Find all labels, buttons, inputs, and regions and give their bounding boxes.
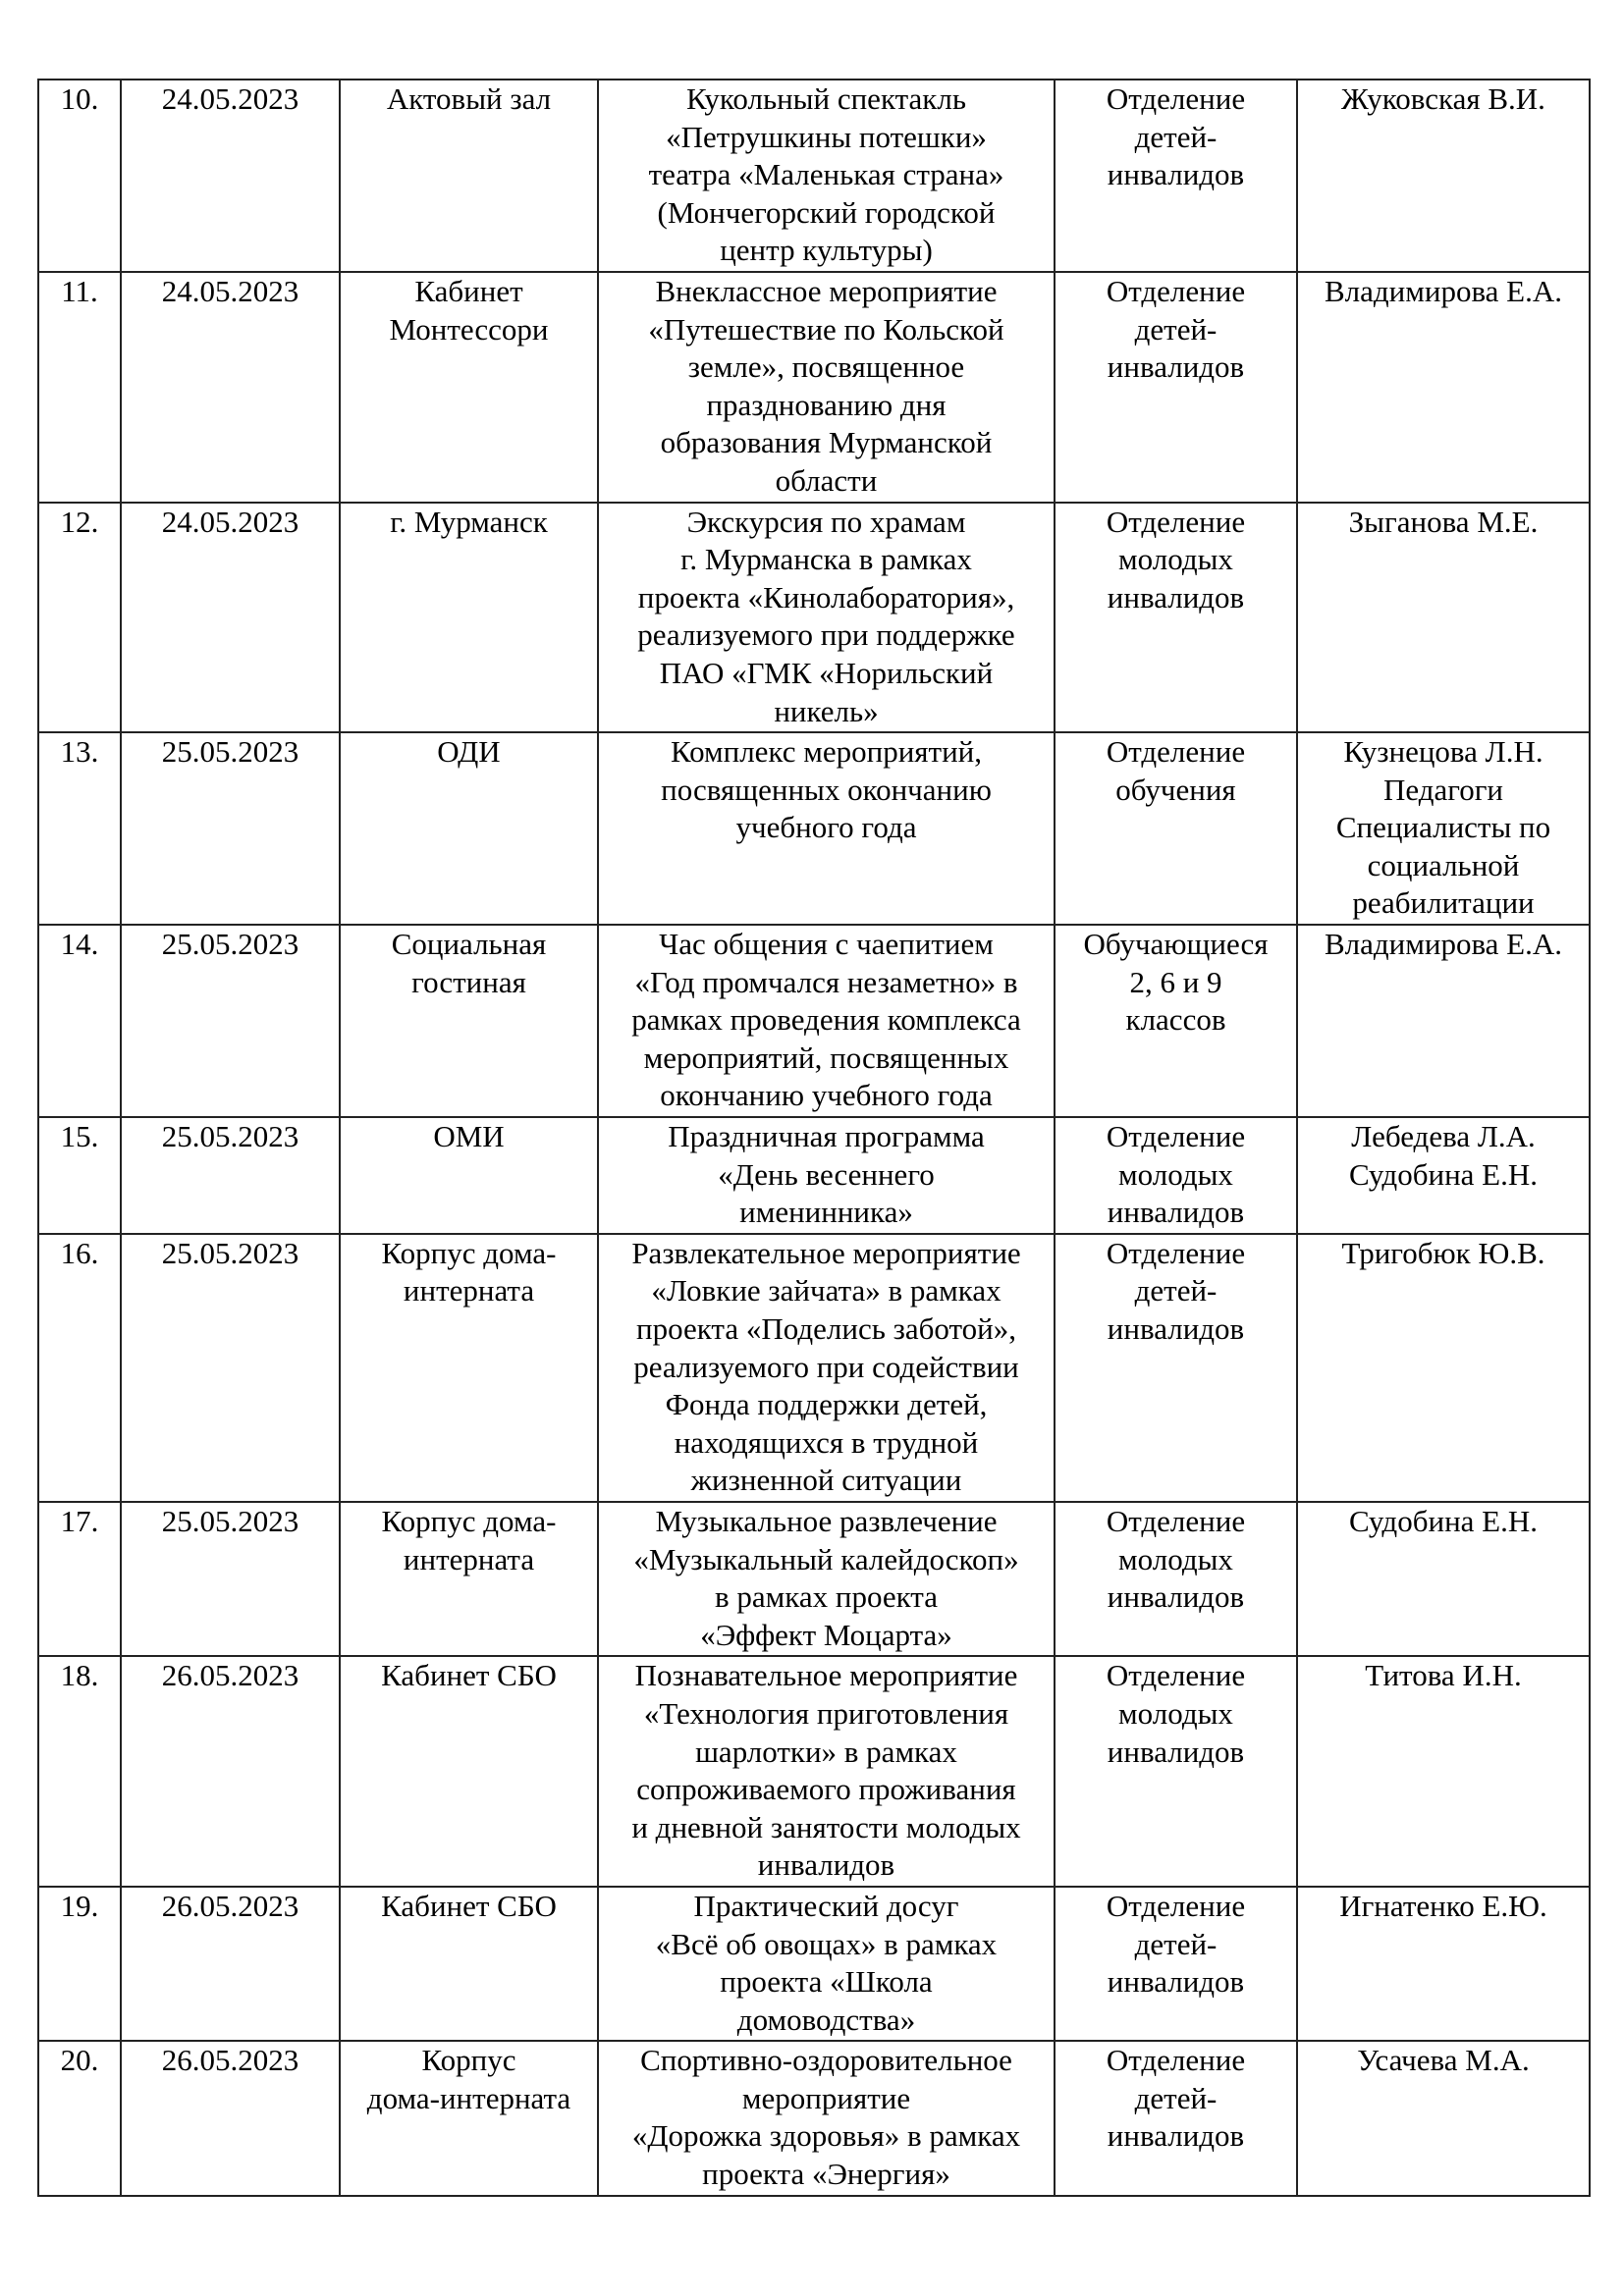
event-participants: Отделение молодых инвалидов	[1055, 503, 1297, 733]
event-date: 25.05.2023	[121, 1234, 340, 1502]
table-row: 11. 24.05.2023 Кабинет Монтессори Внекла…	[38, 272, 1590, 503]
event-date: 24.05.2023	[121, 80, 340, 272]
event-location: Социальная гостиная	[340, 925, 598, 1117]
table-row: 18. 26.05.2023 Кабинет СБО Познавательно…	[38, 1656, 1590, 1887]
event-location: Кабинет СБО	[340, 1656, 598, 1887]
table-row: 19. 26.05.2023 Кабинет СБО Практический …	[38, 1887, 1590, 2041]
event-responsible: Судобина Е.Н.	[1297, 1502, 1590, 1656]
event-description: Развлекательное мероприятие «Ловкие зайч…	[598, 1234, 1055, 1502]
event-responsible: Кузнецова Л.Н. Педагоги Специалисты по с…	[1297, 732, 1590, 925]
event-responsible: Тригобюк Ю.В.	[1297, 1234, 1590, 1502]
event-description: Спортивно-оздоровительное мероприятие «Д…	[598, 2041, 1055, 2195]
event-location: Корпус дома- интерната	[340, 1502, 598, 1656]
event-location: Корпус дома-интерната	[340, 2041, 598, 2195]
event-location: ОМИ	[340, 1117, 598, 1234]
event-date: 25.05.2023	[121, 1502, 340, 1656]
event-date: 26.05.2023	[121, 1656, 340, 1887]
event-participants: Отделение молодых инвалидов	[1055, 1117, 1297, 1234]
row-number: 13.	[38, 732, 121, 925]
event-participants: Отделение молодых инвалидов	[1055, 1656, 1297, 1887]
event-location: Кабинет Монтессори	[340, 272, 598, 503]
table-row: 13. 25.05.2023 ОДИ Комплекс мероприятий,…	[38, 732, 1590, 925]
event-date: 26.05.2023	[121, 1887, 340, 2041]
event-description: Экскурсия по храмам г. Мурманска в рамка…	[598, 503, 1055, 733]
event-date: 25.05.2023	[121, 732, 340, 925]
event-responsible: Лебедева Л.А. Судобина Е.Н.	[1297, 1117, 1590, 1234]
event-description: Комплекс мероприятий, посвященных оконча…	[598, 732, 1055, 925]
event-date: 24.05.2023	[121, 272, 340, 503]
table-row: 20. 26.05.2023 Корпус дома-интерната Спо…	[38, 2041, 1590, 2195]
event-description: Практический досуг «Всё об овощах» в рам…	[598, 1887, 1055, 2041]
event-responsible: Владимирова Е.А.	[1297, 925, 1590, 1117]
table-row: 15. 25.05.2023 ОМИ Праздничная программа…	[38, 1117, 1590, 1234]
row-number: 15.	[38, 1117, 121, 1234]
event-participants: Отделение детей- инвалидов	[1055, 272, 1297, 503]
table-row: 12. 24.05.2023 г. Мурманск Экскурсия по …	[38, 503, 1590, 733]
event-participants: Отделение детей- инвалидов	[1055, 1234, 1297, 1502]
event-description: Познавательное мероприятие «Технология п…	[598, 1656, 1055, 1887]
event-responsible: Зыганова М.Е.	[1297, 503, 1590, 733]
events-table-body: 10. 24.05.2023 Актовый зал Кукольный спе…	[38, 80, 1590, 2196]
event-description: Праздничная программа «День весеннего им…	[598, 1117, 1055, 1234]
row-number: 10.	[38, 80, 121, 272]
event-location: г. Мурманск	[340, 503, 598, 733]
row-number: 11.	[38, 272, 121, 503]
event-date: 25.05.2023	[121, 1117, 340, 1234]
row-number: 20.	[38, 2041, 121, 2195]
event-participants: Отделение детей- инвалидов	[1055, 80, 1297, 272]
table-row: 14. 25.05.2023 Социальная гостиная Час о…	[38, 925, 1590, 1117]
event-participants: Отделение молодых инвалидов	[1055, 1502, 1297, 1656]
event-date: 24.05.2023	[121, 503, 340, 733]
event-participants: Обучающиеся 2, 6 и 9 классов	[1055, 925, 1297, 1117]
row-number: 12.	[38, 503, 121, 733]
table-row: 16. 25.05.2023 Корпус дома- интерната Ра…	[38, 1234, 1590, 1502]
event-participants: Отделение детей- инвалидов	[1055, 1887, 1297, 2041]
event-location: ОДИ	[340, 732, 598, 925]
row-number: 18.	[38, 1656, 121, 1887]
event-description: Час общения с чаепитием «Год промчался н…	[598, 925, 1055, 1117]
event-date: 25.05.2023	[121, 925, 340, 1117]
row-number: 17.	[38, 1502, 121, 1656]
event-responsible: Владимирова Е.А.	[1297, 272, 1590, 503]
event-participants: Отделение обучения	[1055, 732, 1297, 925]
table-row: 10. 24.05.2023 Актовый зал Кукольный спе…	[38, 80, 1590, 272]
event-date: 26.05.2023	[121, 2041, 340, 2195]
event-location: Актовый зал	[340, 80, 598, 272]
event-responsible: Усачева М.А.	[1297, 2041, 1590, 2195]
event-participants: Отделение детей- инвалидов	[1055, 2041, 1297, 2195]
event-responsible: Титова И.Н.	[1297, 1656, 1590, 1887]
row-number: 16.	[38, 1234, 121, 1502]
table-row: 17. 25.05.2023 Корпус дома- интерната Му…	[38, 1502, 1590, 1656]
event-location: Корпус дома- интерната	[340, 1234, 598, 1502]
event-responsible: Игнатенко Е.Ю.	[1297, 1887, 1590, 2041]
event-responsible: Жуковская В.И.	[1297, 80, 1590, 272]
event-description: Внеклассное мероприятие «Путешествие по …	[598, 272, 1055, 503]
event-location: Кабинет СБО	[340, 1887, 598, 2041]
events-table: 10. 24.05.2023 Актовый зал Кукольный спе…	[37, 79, 1591, 2197]
row-number: 14.	[38, 925, 121, 1117]
row-number: 19.	[38, 1887, 121, 2041]
event-description: Кукольный спектакль «Петрушкины потешки»…	[598, 80, 1055, 272]
event-description: Музыкальное развлечение «Музыкальный кал…	[598, 1502, 1055, 1656]
